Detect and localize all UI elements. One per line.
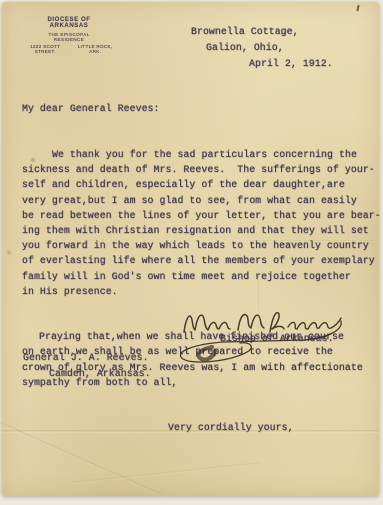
text-line: sickness and death of Mrs. Reeves. The s… [22,162,381,177]
letter-body: My dear General Reeves: We thank you for… [22,71,381,466]
letter-paper: DIOCESE OF ARKANSAS THE EPISCOPAL RESIDE… [2,2,379,496]
stain-spot [5,250,13,255]
letterhead-residence: THE EPISCOPAL RESIDENCE [33,32,105,42]
body-paragraph-1: We thank you for the sad particulars con… [22,147,381,299]
letterhead: DIOCESE OF ARKANSAS THE EPISCOPAL RESIDE… [19,17,119,54]
valediction: Very cordially yours, [168,420,381,435]
text-line: of everlasting life where all the member… [22,253,381,268]
text-line: family will in God's own time meet and r… [22,269,381,284]
text-line: in His presence. [22,284,381,299]
salutation: My dear General Reeves: [22,101,381,116]
text-line: ing them with Christian resignation and … [22,223,381,238]
letterhead-diocese: DIOCESE OF ARKANSAS [33,17,105,29]
text-line: be read between the lines of your letter… [22,208,381,223]
scan-artifact [356,5,359,11]
scanned-letter: DIOCESE OF ARKANSAS THE EPISCOPAL RESIDE… [0,0,383,505]
recipient-address: Camden, Arkansas. [49,368,151,379]
text-line: very great,but I am so glad to see, from… [22,193,381,208]
text-line: you forward in the way which leads to th… [22,238,381,253]
heading-date: April 2, 1912. [249,58,333,69]
letterhead-city: LITTLE ROCK, ARK. [71,44,119,54]
recipient-name: General J. A. Reeves. [23,352,149,363]
letterhead-address: 1222 SCOTT STREET. LITTLE ROCK, ARK. [19,44,119,54]
heading-city: Galion, Ohio, [206,42,284,53]
text-line: We thank you for the sad particulars con… [22,147,381,162]
text-line: self and children, especially of the dea… [22,177,381,192]
signature-script [142,300,362,375]
letterhead-street: 1222 SCOTT STREET. [19,44,71,54]
heading-place: Brownella Cottage, [191,26,299,37]
